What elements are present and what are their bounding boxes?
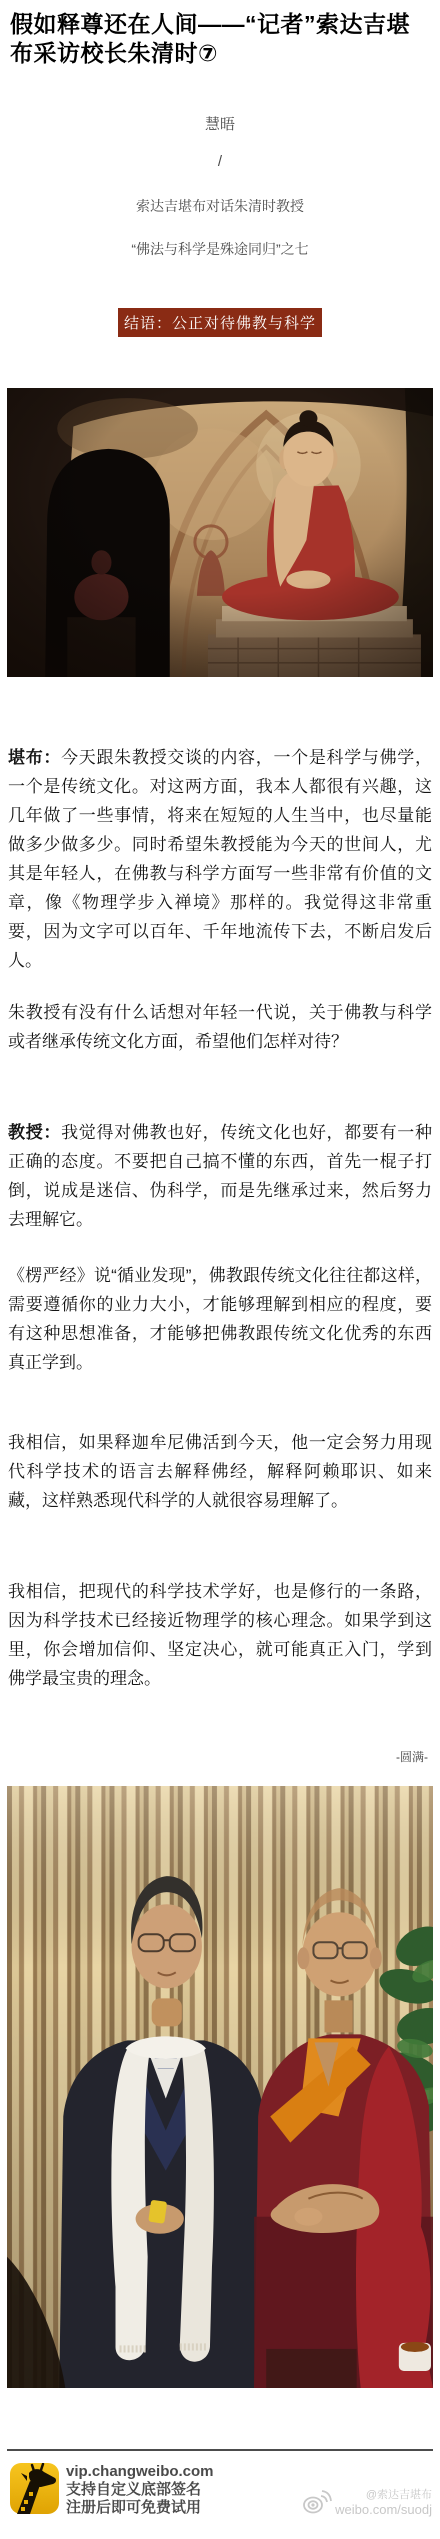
weibo-handle[interactable]: @索达吉堪布	[335, 2488, 432, 2502]
teacup	[399, 2342, 431, 2371]
conclusion-tag: 结语：公正对待佛教与科学	[118, 308, 322, 337]
footer-promo: vip.changweibo.com 支持自定义底部签名 注册后即可免费试用	[66, 2462, 214, 2517]
footer-promo-line1: 支持自定义底部签名	[66, 2481, 214, 2499]
buddha-statue-illustration	[7, 388, 433, 677]
speaker-label-khenpo: 堪布：	[8, 748, 61, 767]
buddha-statue-photo	[7, 388, 433, 677]
changweibo-url[interactable]: vip.changweibo.com	[66, 2462, 214, 2481]
footer-weibo: @索达吉堪布 weibo.com/suodj	[302, 2488, 432, 2517]
subtitle-series: “佛法与科学是殊途同归”之七	[0, 239, 440, 259]
changweibo-article: 假如释尊还在人间——“记者”索达吉堪布采访校长朱清时⑦ 慧晤 / 索达吉堪布对话…	[0, 0, 440, 2539]
footer-divider	[7, 2449, 433, 2451]
meta-divider-slash: /	[0, 153, 440, 170]
khenpo-professor-photo	[7, 1786, 433, 2388]
paragraph-text: 我相信，把现代的科学技术学好，也是修行的一条路，因为科学技术已经接近物理学的核心…	[8, 1582, 432, 1688]
article-paragraph-1: 堪布：今天跟朱教授交谈的内容，一个是科学与佛学，一个是传统文化。对这两方面，我本…	[8, 743, 432, 975]
paragraph-text: 我相信，如果释迦牟尼佛活到今天，他一定会努力用现代科学技术的语言去解释佛经，解释…	[8, 1433, 432, 1510]
speaker-label-professor: 教授：	[8, 1123, 61, 1142]
conclusion-tag-row: 结语：公正对待佛教与科学	[0, 308, 440, 337]
page-title: 假如释尊还在人间——“记者”索达吉堪布采访校长朱清时⑦	[10, 10, 432, 68]
ending-note: -圆满-	[396, 1748, 428, 1765]
article-paragraph-5: 我相信，如果释迦牟尼佛活到今天，他一定会努力用现代科学技术的语言去解释佛经，解释…	[8, 1428, 432, 1515]
two-men-illustration	[7, 1786, 433, 2388]
article-paragraph-2: 朱教授有没有什么话想对年轻一代说，关于佛教与科学或者继承传统文化方面，希望他们怎…	[8, 998, 432, 1056]
article-paragraph-6: 我相信，把现代的科学技术学好，也是修行的一条路，因为科学技术已经接近物理学的核心…	[8, 1577, 432, 1693]
paragraph-text: 《楞严经》说“循业发现”，佛教跟传统文化往往都这样，需要遵循你的业力大小，才能够…	[8, 1266, 432, 1372]
changweibo-giraffe-logo[interactable]	[10, 2463, 59, 2514]
article-paragraph-3: 教授：我觉得对佛教也好，传统文化也好，都要有一种正确的态度。不要把自己搞不懂的东…	[8, 1118, 432, 1234]
paragraph-text: 朱教授有没有什么话想对年轻一代说，关于佛教与科学或者继承传统文化方面，希望他们怎…	[8, 1003, 432, 1051]
weibo-url[interactable]: weibo.com/suodj	[335, 2502, 432, 2517]
paragraph-text: 今天跟朱教授交谈的内容，一个是科学与佛学，一个是传统文化。对这两方面，我本人都很…	[8, 748, 432, 970]
author-name: 慧晤	[0, 113, 440, 134]
article-paragraph-4: 《楞严经》说“循业发现”，佛教跟传统文化往往都这样，需要遵循你的业力大小，才能够…	[8, 1261, 432, 1377]
weibo-icon	[302, 2488, 332, 2515]
subtitle-dialogue: 索达吉堪布对话朱清时教授	[0, 196, 440, 216]
footer-promo-line2: 注册后即可免费试用	[66, 2499, 214, 2517]
paragraph-text: 我觉得对佛教也好，传统文化也好，都要有一种正确的态度。不要把自己搞不懂的东西，首…	[8, 1123, 432, 1229]
